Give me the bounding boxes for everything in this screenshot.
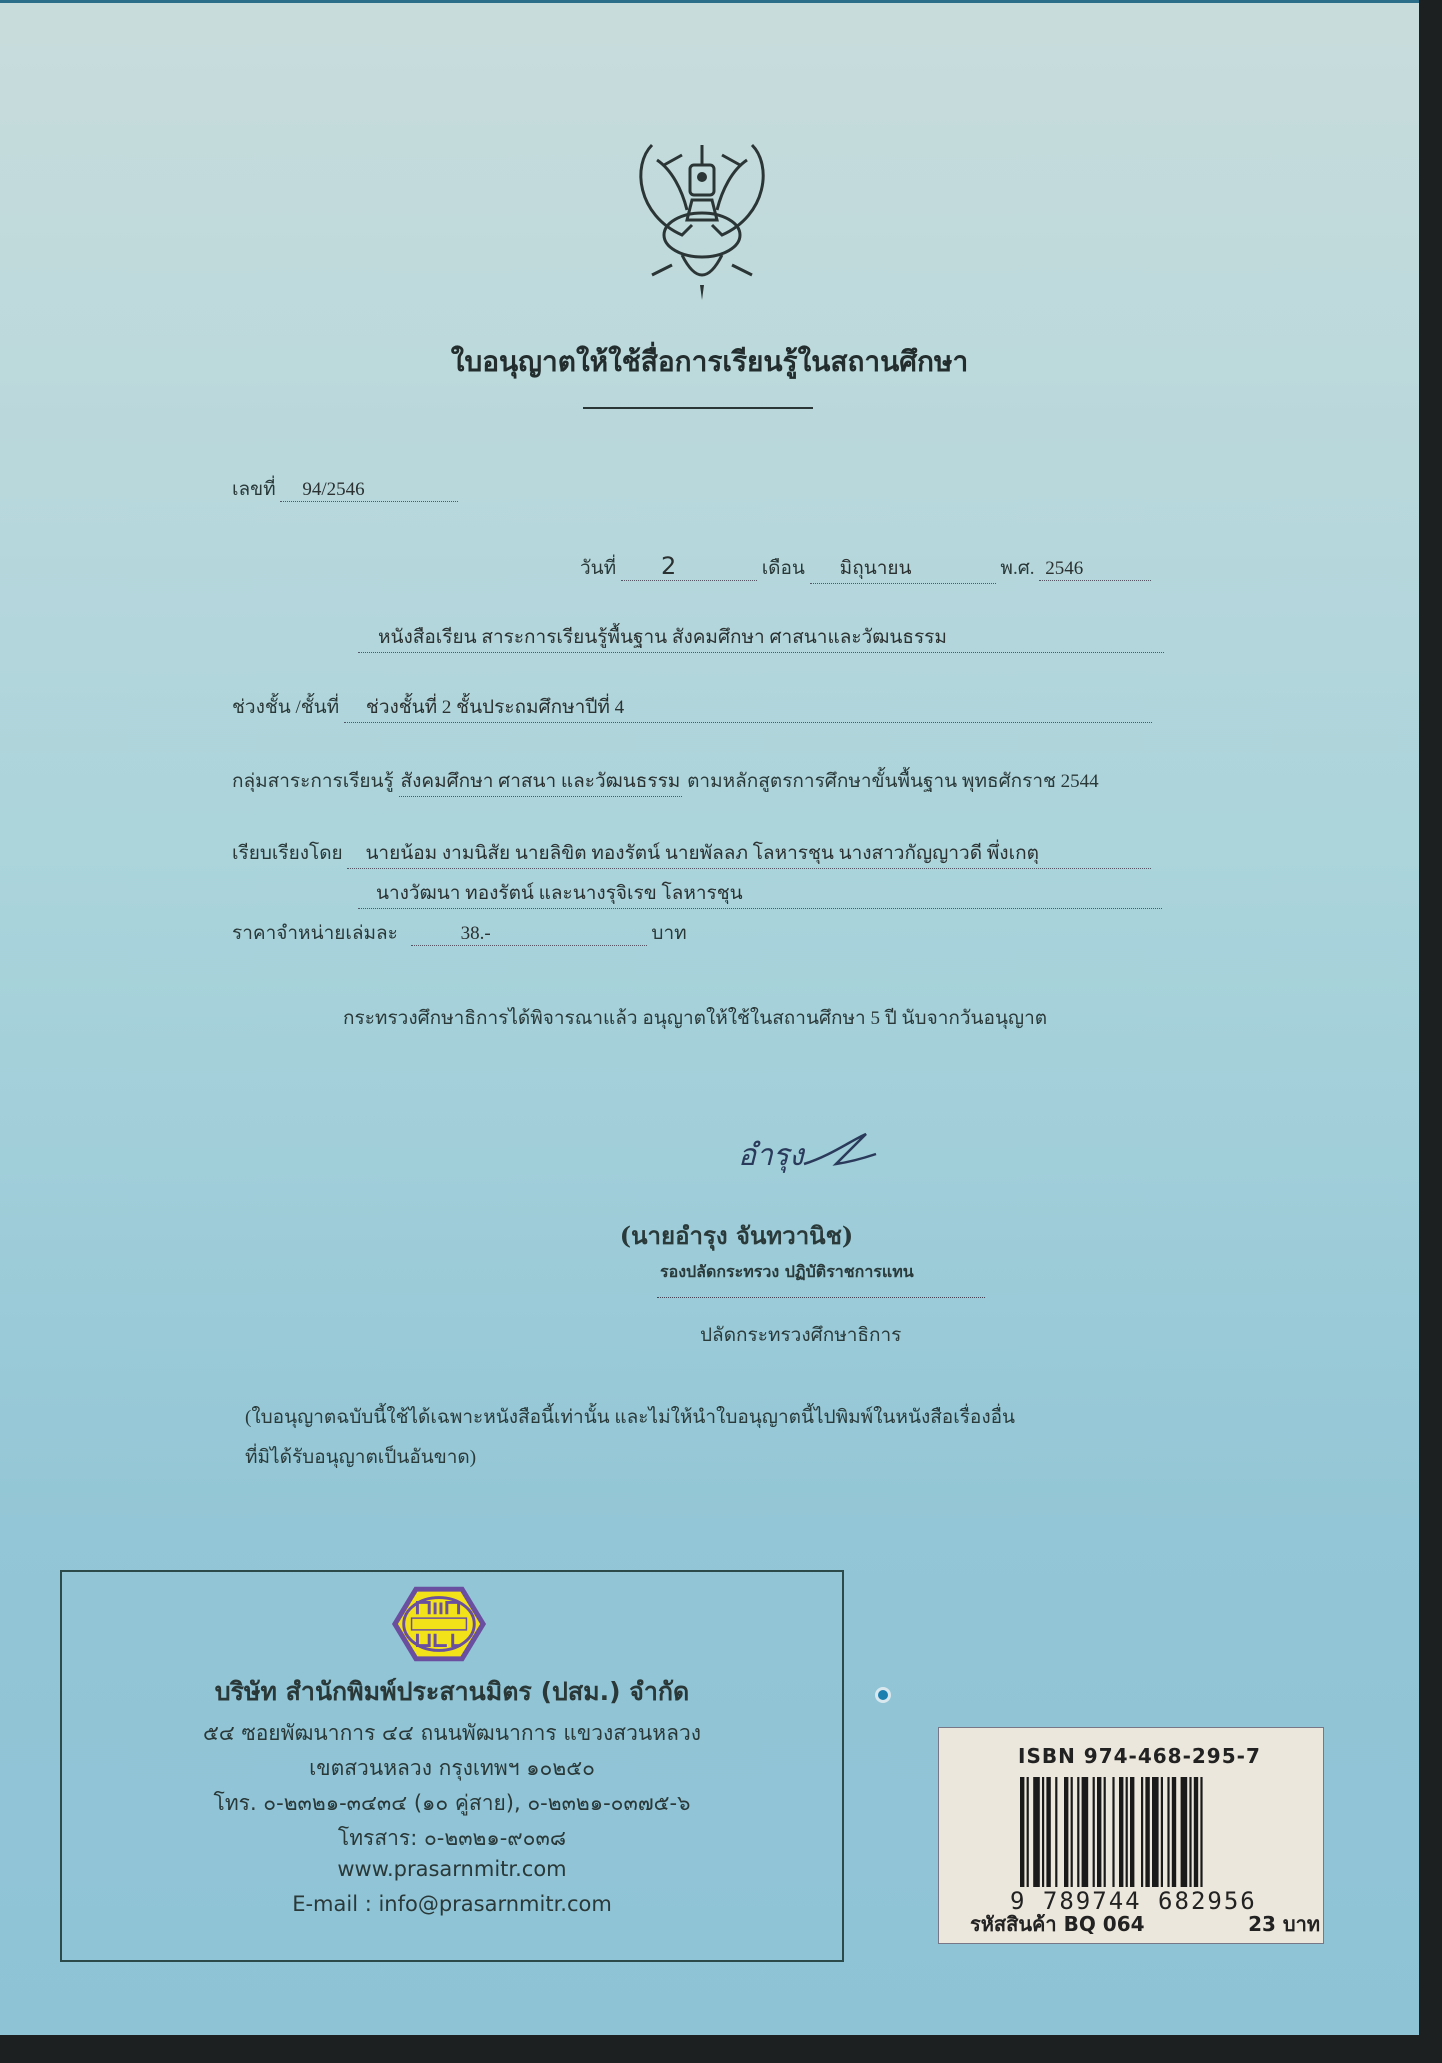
curriculum-text: ตามหลักสูตรการศึกษาขั้นพื้นฐาน พุทธศักรา…	[687, 766, 1099, 796]
printed-dot	[878, 1690, 888, 1700]
garuda-emblem-icon	[612, 125, 792, 305]
document-title: ใบอนุญาตให้ใช้สื่อการเรียนรู้ในสถานศึกษา	[0, 340, 1419, 384]
publisher-website[interactable]: www.prasarnmitr.com	[60, 1857, 844, 1881]
month-label: เดือน	[762, 553, 805, 583]
year-value: 2546	[1039, 558, 1151, 581]
sku-row: รหัสสินค้า BQ 064 23 บาท	[970, 1908, 1320, 1940]
subject-group-label: กลุ่มสาระการเรียนรู้	[232, 766, 394, 796]
price-unit: บาท	[651, 918, 686, 948]
license-number-value: 94/2546	[280, 479, 458, 502]
day-value: 2	[621, 552, 757, 581]
subject-group-value: สังคมศึกษา ศาสนา และวัฒนธรรม	[399, 766, 683, 797]
book-title-row: หนังสือเรียน สาระการเรียนรู้พื้นฐาน สังค…	[358, 622, 1164, 653]
title-divider	[583, 407, 813, 409]
level-row: ช่วงชั้น /ชั้นที่ ช่วงชั้นที่ 2 ชั้นประถ…	[232, 692, 1152, 723]
signatory-position: รองปลัดกระทรวง ปฏิบัติราชการแทน	[660, 1260, 914, 1285]
publisher-logo-icon	[390, 1584, 488, 1664]
price-row: ราคาจำหน่ายเล่มละ 38.- บาท	[232, 918, 687, 948]
publisher-name: บริษัท สำนักพิมพ์ประสานมิตร (ปสม.) จำกัด	[60, 1672, 844, 1712]
document-page: ใบอนุญาตให้ใช้สื่อการเรียนรู้ในสถานศึกษา…	[0, 0, 1419, 2035]
sku-price: 23 บาท	[1248, 1908, 1320, 1940]
license-number-row: เลขที่ 94/2546	[232, 474, 458, 504]
sku-code: รหัสสินค้า BQ 064	[970, 1908, 1145, 1940]
price-label: ราคาจำหน่ายเล่มละ	[232, 918, 398, 948]
level-value: ช่วงชั้นที่ 2 ชั้นประถมศึกษาปีที่ 4	[344, 692, 1152, 723]
isbn-text: ISBN 974-468-295-7	[1018, 1744, 1261, 1768]
day-label: วันที่	[580, 553, 616, 583]
signature-divider	[657, 1297, 985, 1298]
signature-stroke-icon	[800, 1130, 880, 1170]
signature-scribble: อำรุง	[738, 1132, 804, 1179]
authors-label: เรียบเรียงโดย	[232, 838, 343, 868]
publisher-fax: โทรสาร: ๐-๒๓๒๑-๙๐๓๘	[60, 1822, 844, 1855]
authors-line-2: นางวัฒนา ทองรัตน์ และนางรุจิเรข โลหารชุน	[358, 878, 1162, 909]
signatory-title: ปลัดกระทรวงศึกษาธิการ	[700, 1320, 901, 1350]
authors-row: เรียบเรียงโดย นายน้อม งามนิสัย นายลิขิต …	[232, 838, 1151, 869]
signatory-name: (นายอำรุง จันทวานิช)	[0, 1216, 1419, 1255]
publisher-phone: โทร. ๐-๒๓๒๑-๓๔๓๔ (๑๐ คู่สาย), ๐-๒๓๒๑-๐๓๗…	[60, 1787, 844, 1820]
price-value: 38.-	[411, 923, 647, 946]
publisher-address-line-1: ๕๔ ซอยพัฒนาการ ๔๔ ถนนพัฒนาการ แขวงสวนหลว…	[60, 1717, 844, 1750]
license-number-label: เลขที่	[232, 474, 276, 504]
authors-row-2: นางวัฒนา ทองรัตน์ และนางรุจิเรข โลหารชุน	[358, 878, 1162, 909]
approval-text: กระทรวงศึกษาธิการได้พิจารณาแล้ว อนุญาตให…	[343, 1003, 1047, 1033]
book-title: หนังสือเรียน สาระการเรียนรู้พื้นฐาน สังค…	[358, 622, 1164, 653]
date-row: วันที่ 2 เดือน มิถุนายน พ.ศ. 2546	[580, 552, 1151, 584]
publisher-email[interactable]: E-mail : info@prasarnmitr.com	[60, 1892, 844, 1916]
publisher-address-line-2: เขตสวนหลวง กรุงเทพฯ ๑๐๒๕๐	[60, 1752, 844, 1785]
year-label: พ.ศ.	[1000, 553, 1034, 583]
level-label: ช่วงชั้น /ชั้นที่	[232, 692, 339, 722]
subject-group-row: กลุ่มสาระการเรียนรู้ สังคมศึกษา ศาสนา แล…	[232, 766, 1099, 797]
barcode-icon	[1020, 1777, 1320, 1899]
authors-line-1: นายน้อม งามนิสัย นายลิขิต ทองรัตน์ นายพั…	[347, 838, 1151, 869]
usage-note-line-1: (ใบอนุญาตฉบับนี้ใช้ได้เฉพาะหนังสือนี้เท่…	[245, 1402, 1015, 1432]
usage-note-line-2: ที่มิได้รับอนุญาตเป็นอันขาด)	[245, 1442, 476, 1472]
month-value: มิถุนายน	[810, 553, 996, 584]
